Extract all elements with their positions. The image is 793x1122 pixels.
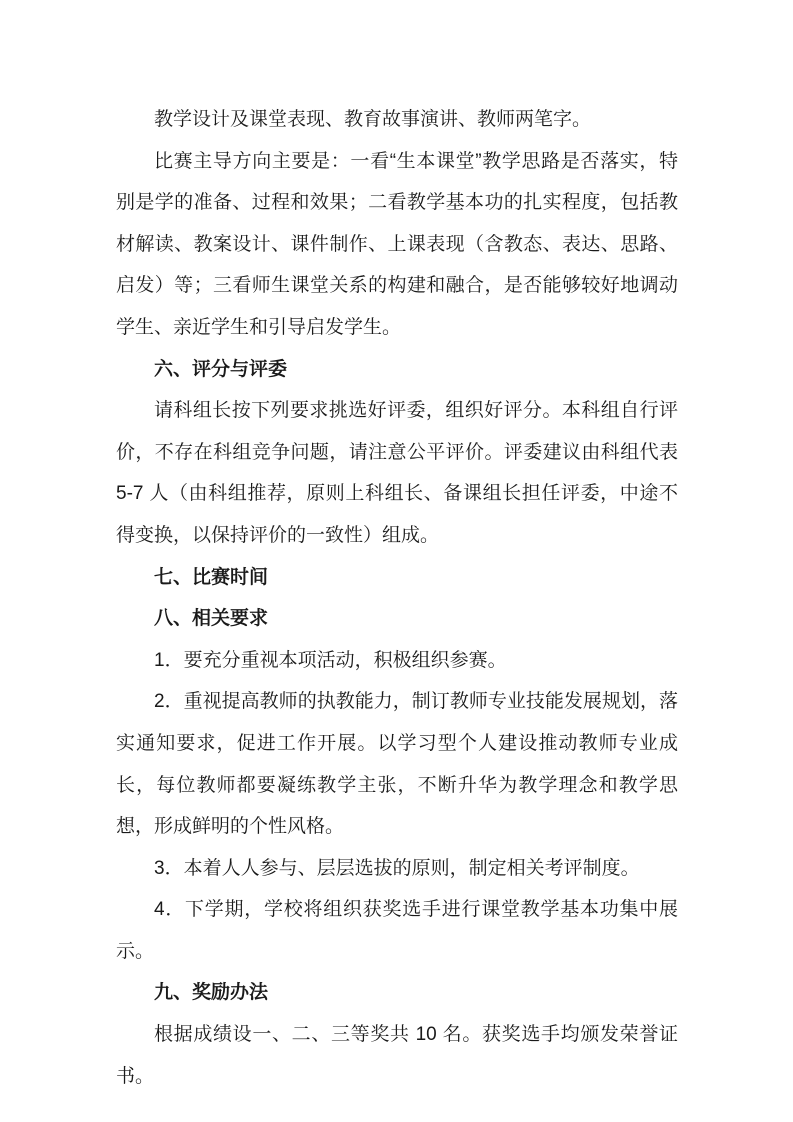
section-heading: 八、相关要求 <box>116 598 678 640</box>
paragraph: 1．要充分重视本项活动，积极组织参赛。 <box>116 640 678 682</box>
section-heading: 九、奖励办法 <box>116 972 678 1014</box>
paragraph: 3．本着人人参与、层层选拔的原则，制定相关考评制度。 <box>116 848 678 890</box>
section-heading: 六、评分与评委 <box>116 349 678 391</box>
paragraph: 比赛主导方向主要是：一看“生本课堂”教学思路是否落实，特别是学的准备、过程和效果… <box>116 141 678 349</box>
paragraph: 2．重视提高教师的执教能力，制订教师专业技能发展规划，落实通知要求，促进工作开展… <box>116 681 678 847</box>
paragraph: 请科组长按下列要求挑选好评委，组织好评分。本科组自行评价，不存在科组竞争问题，请… <box>116 390 678 556</box>
document-body: 教学设计及课堂表现、教育故事演讲、教师两笔字。比赛主导方向主要是：一看“生本课堂… <box>116 99 678 1097</box>
section-heading: 七、比赛时间 <box>116 557 678 599</box>
paragraph: 根据成绩设一、二、三等奖共 10 名。获奖选手均颁发荣誉证书。 <box>116 1014 678 1097</box>
paragraph: 教学设计及课堂表现、教育故事演讲、教师两笔字。 <box>116 99 678 141</box>
document-page: 教学设计及课堂表现、教育故事演讲、教师两笔字。比赛主导方向主要是：一看“生本课堂… <box>0 0 793 1122</box>
paragraph: 4．下学期，学校将组织获奖选手进行课堂教学基本功集中展示。 <box>116 889 678 972</box>
